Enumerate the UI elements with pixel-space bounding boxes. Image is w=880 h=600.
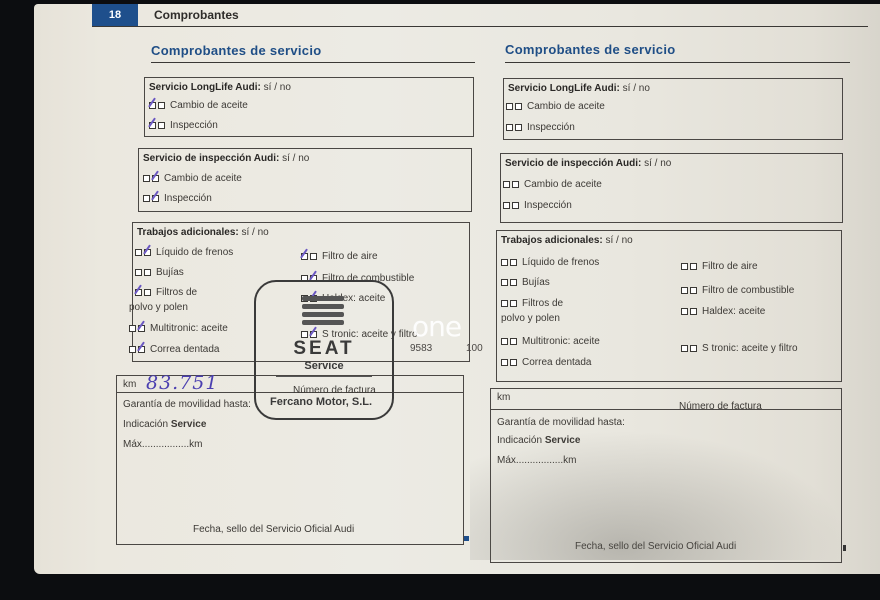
checkbox-si[interactable] [501, 359, 508, 366]
check-row: Multitronic: aceite [129, 323, 228, 334]
checkbox-no[interactable] [158, 102, 165, 109]
checkbox-si[interactable] [503, 181, 510, 188]
check-row: Cambio de aceite [143, 173, 242, 184]
item-label: Multitronic: aceite [150, 323, 228, 334]
max-km-field: Máx.................km [497, 455, 576, 466]
stamp-divider [276, 376, 372, 377]
longlife-heading: Servicio LongLife Audi: sí / no [149, 82, 291, 93]
item-label: Multitronic: aceite [522, 336, 600, 347]
indicacion-label: Indicación Service [497, 435, 580, 446]
check-row: Cambio de aceite [149, 100, 248, 111]
invoice-label: Número de factura [679, 401, 762, 412]
item-label: Cambio de aceite [170, 100, 248, 111]
right-inspeccion-box: Servicio de inspección Audi: sí / no Cam… [500, 153, 843, 223]
garantia-label: Garantía de movilidad hasta: [497, 417, 625, 428]
item-label: Inspección [524, 200, 572, 211]
check-row: Inspección [503, 200, 572, 211]
item-label: Correa dentada [522, 357, 592, 368]
item-label: Cambio de aceite [527, 101, 605, 112]
checkbox-no[interactable] [144, 269, 151, 276]
checkbox-no[interactable] [152, 175, 159, 182]
item-label-cont: polvo y polen [501, 313, 560, 324]
checkbox-si[interactable] [681, 308, 688, 315]
checkbox-no[interactable] [138, 346, 145, 353]
check-row: Inspección [506, 122, 575, 133]
watermark-logo: one [412, 310, 461, 343]
checkbox-no[interactable] [515, 103, 522, 110]
right-record-box: km Número de factura Garantía de movilid… [490, 388, 842, 563]
item-label: Filtros de [156, 287, 197, 298]
checkbox-si[interactable] [301, 253, 308, 260]
item-label: Bujías [156, 267, 184, 278]
header-title: Comprobantes [154, 8, 239, 22]
checkbox-si[interactable] [143, 175, 150, 182]
stamp-brand: SEAT [256, 338, 392, 360]
item-label: Inspección [527, 122, 575, 133]
checkbox-no[interactable] [512, 181, 519, 188]
check-row: Cambio de aceite [503, 179, 602, 190]
item-label: Bujías [522, 277, 550, 288]
checkbox-si[interactable] [135, 249, 142, 256]
left-section-title: Comprobantes de servicio [151, 43, 321, 58]
item-label: S tronic: aceite y filtro [702, 343, 798, 354]
right-title-rule [505, 62, 850, 63]
km-label: km [123, 379, 136, 390]
item-label: Filtro de combustible [702, 285, 794, 296]
section-end-marker [843, 545, 846, 551]
item-label: Correa dentada [150, 344, 220, 355]
record-footer: Fecha, sello del Servicio Oficial Audi [193, 524, 354, 535]
checkbox-si[interactable] [129, 346, 136, 353]
garantia-label: Garantía de movilidad hasta: [123, 399, 251, 410]
checkbox-no[interactable] [138, 325, 145, 332]
item-label: Inspección [164, 193, 212, 204]
item-label: Líquido de frenos [156, 247, 233, 258]
check-row: Líquido de frenos [135, 247, 233, 258]
check-row: Líquido de frenos [501, 257, 599, 268]
overlay-number: 9583 [410, 343, 432, 354]
check-row: S tronic: aceite y filtro [681, 343, 798, 354]
checkbox-si[interactable] [681, 345, 688, 352]
item-label: Filtros de [522, 298, 563, 309]
item-label: Cambio de aceite [164, 173, 242, 184]
check-row: Multitronic: aceite [501, 336, 600, 347]
check-row: Haldex: aceite [681, 306, 765, 317]
indicacion-label: Indicación Service [123, 419, 206, 430]
item-label: Filtro de aire [702, 261, 758, 272]
checkbox-si[interactable] [506, 103, 513, 110]
checkbox-no[interactable] [152, 195, 159, 202]
checkbox-si[interactable] [135, 289, 142, 296]
check-row: Filtros de [135, 287, 197, 298]
km-label: km [497, 392, 510, 403]
checkbox-si[interactable] [681, 263, 688, 270]
checkbox-no[interactable] [510, 259, 517, 266]
longlife-heading: Servicio LongLife Audi: sí / no [508, 83, 650, 94]
item-label: Inspección [170, 120, 218, 131]
check-row: Correa dentada [129, 344, 220, 355]
max-km-field: Máx.................km [123, 439, 202, 450]
checkbox-no[interactable] [510, 279, 517, 286]
dealer-stamp: SEAT Service Fercano Motor, S.L. [254, 280, 394, 420]
check-row: Cambio de aceite [506, 101, 605, 112]
stamp-company: Fercano Motor, S.L. [270, 396, 372, 408]
record-footer: Fecha, sello del Servicio Oficial Audi [575, 541, 736, 552]
item-label: Líquido de frenos [522, 257, 599, 268]
check-row: Bujías [135, 267, 184, 278]
check-row: Filtro de combustible [681, 285, 794, 296]
check-row: Filtro de aire [681, 261, 758, 272]
overlay-number: 100 [466, 343, 483, 354]
left-title-rule [151, 62, 475, 63]
check-row: Bujías [501, 277, 550, 288]
checkbox-no[interactable] [310, 253, 317, 260]
checkbox-no[interactable] [690, 345, 697, 352]
right-trabajos-box: Trabajos adicionales: sí / no Líquido de… [496, 230, 842, 382]
seat-logo-icon [302, 296, 344, 332]
section-end-marker [464, 536, 469, 541]
checkbox-no[interactable] [690, 263, 697, 270]
km-handwritten-value: 83.751 [146, 372, 218, 394]
left-inspeccion-box: Servicio de inspección Audi: sí / no Cam… [138, 148, 472, 212]
checkbox-no[interactable] [515, 124, 522, 131]
trabajos-heading: Trabajos adicionales: sí / no [501, 235, 633, 246]
checkbox-no[interactable] [690, 287, 697, 294]
checkbox-si[interactable] [501, 279, 508, 286]
checkbox-si[interactable] [681, 287, 688, 294]
checkbox-si[interactable] [501, 259, 508, 266]
checkbox-no[interactable] [510, 300, 517, 307]
item-label-cont: polvo y polen [129, 302, 188, 313]
checkbox-si[interactable] [143, 195, 150, 202]
checkbox-no[interactable] [510, 359, 517, 366]
check-row: Correa dentada [501, 357, 592, 368]
check-row: Inspección [149, 120, 218, 131]
item-label: Filtro de aire [322, 251, 378, 262]
checkbox-no[interactable] [512, 202, 519, 209]
checkbox-no[interactable] [144, 249, 151, 256]
inspeccion-heading: Servicio de inspección Audi: sí / no [505, 158, 671, 169]
checkbox-si[interactable] [149, 122, 156, 129]
checkbox-si[interactable] [129, 325, 136, 332]
check-row: Filtros de [501, 298, 563, 309]
checkbox-no[interactable] [690, 308, 697, 315]
checkbox-no[interactable] [144, 289, 151, 296]
checkbox-si[interactable] [503, 202, 510, 209]
checkbox-si[interactable] [149, 102, 156, 109]
item-label: Cambio de aceite [524, 179, 602, 190]
stamp-service: Service [256, 360, 392, 372]
checkbox-si[interactable] [501, 300, 508, 307]
right-longlife-box: Servicio LongLife Audi: sí / no Cambio d… [503, 78, 843, 140]
trabajos-heading: Trabajos adicionales: sí / no [137, 227, 269, 238]
right-section-title: Comprobantes de servicio [505, 42, 675, 57]
checkbox-si[interactable] [135, 269, 142, 276]
left-longlife-box: Servicio LongLife Audi: sí / no Cambio d… [144, 77, 474, 137]
checkbox-no[interactable] [510, 338, 517, 345]
checkbox-no[interactable] [158, 122, 165, 129]
check-row: Inspección [143, 193, 212, 204]
km-divider [491, 409, 841, 410]
checkbox-si[interactable] [506, 124, 513, 131]
inspeccion-heading: Servicio de inspección Audi: sí / no [143, 153, 309, 164]
checkbox-si[interactable] [501, 338, 508, 345]
item-label: Haldex: aceite [702, 306, 765, 317]
check-row: Filtro de aire [301, 251, 378, 262]
